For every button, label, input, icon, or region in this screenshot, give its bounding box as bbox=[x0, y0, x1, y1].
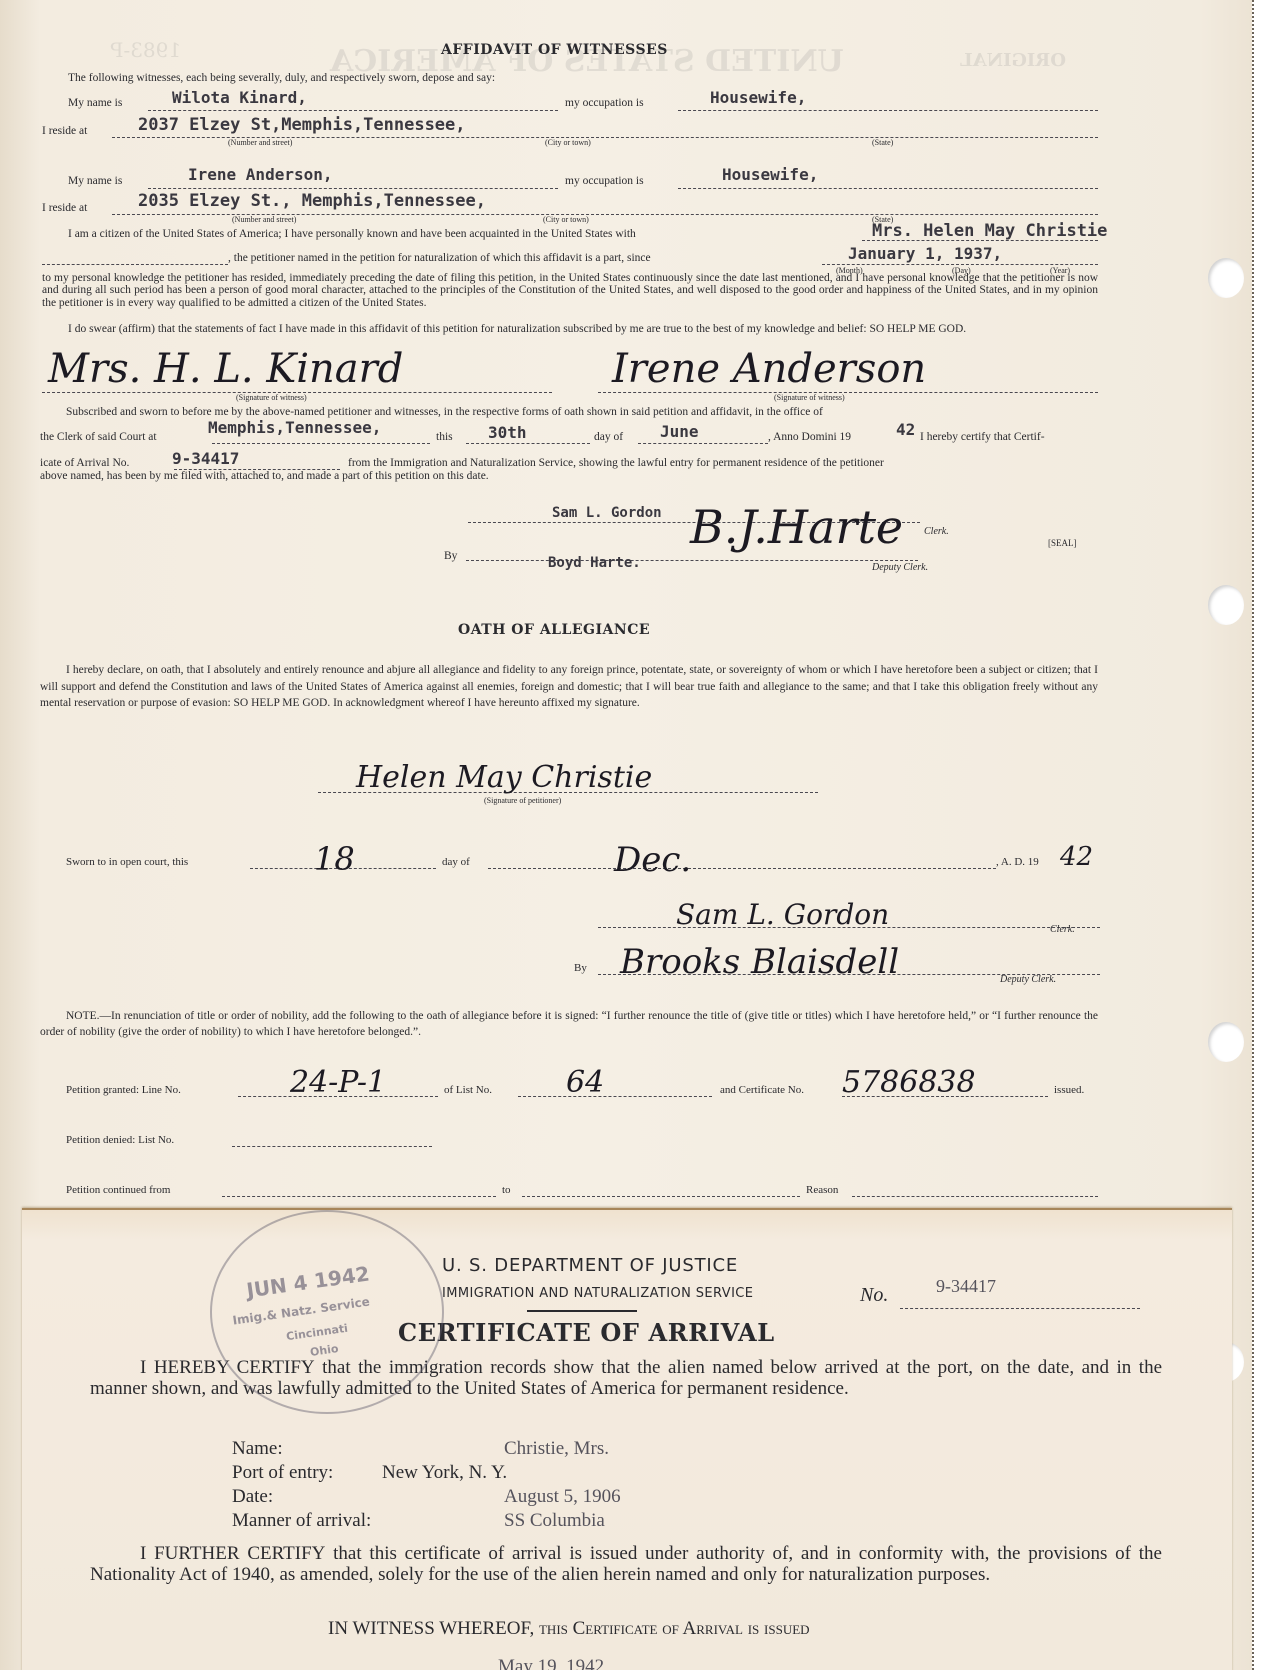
petitioner-line: , the petitioner named in the petition f… bbox=[228, 252, 651, 264]
sworn-month: June bbox=[660, 422, 699, 441]
deputy-clerk-caption: Deputy Clerk. bbox=[872, 562, 928, 573]
binder-hole bbox=[1208, 1022, 1244, 1062]
oath-title: OATH OF ALLEGIANCE bbox=[458, 622, 650, 638]
bleed-through-form-number: 1983-P bbox=[110, 38, 181, 62]
witness2-name-label: My name is bbox=[68, 175, 122, 187]
field-port-value: New York, N. Y. bbox=[382, 1462, 507, 1484]
subscribed-line: Subscribed and sworn to before me by the… bbox=[66, 406, 823, 418]
petitioner-name: Mrs. Helen May Christie bbox=[872, 221, 1107, 241]
caption-city: (City or town) bbox=[545, 138, 591, 147]
field-name-label: Name: bbox=[232, 1438, 283, 1460]
certificate-title: CERTIFICATE OF ARRIVAL bbox=[398, 1318, 775, 1347]
by-label: By bbox=[444, 550, 457, 562]
witness2-address: 2035 Elzey St., Memphis,Tennessee, bbox=[138, 191, 486, 211]
to-label: to bbox=[502, 1184, 511, 1196]
witness1-occupation-label: my occupation is bbox=[565, 97, 644, 109]
field-date-label: Date: bbox=[232, 1486, 273, 1508]
field-manner-value: SS Columbia bbox=[504, 1510, 605, 1532]
arrival-number: 9-34417 bbox=[172, 449, 239, 468]
sworn-day: 30th bbox=[488, 423, 527, 442]
petition-list-no: 64 bbox=[566, 1065, 604, 1100]
petition-granted-label: Petition granted: Line No. bbox=[66, 1084, 181, 1096]
caption-signature-witness: (Signature of witness) bbox=[774, 393, 845, 402]
binder-hole bbox=[1208, 258, 1244, 298]
witness1-occupation: Housewife, bbox=[710, 88, 806, 107]
acquainted-since-date: January 1, 1937, bbox=[848, 244, 1002, 263]
witness-whereof-line: IN WITNESS WHEREOF, this Certificate of … bbox=[328, 1618, 810, 1640]
witness2-occupation-label: my occupation is bbox=[565, 175, 644, 187]
oath-deputy-signature: Brooks Blaisdell bbox=[620, 942, 899, 982]
caption-signature-petitioner: (Signature of petitioner) bbox=[484, 796, 561, 805]
binder-hole bbox=[1208, 585, 1244, 625]
knowledge-paragraph: to my personal knowledge the petitioner … bbox=[42, 272, 1098, 309]
swear-paragraph: I do swear (affirm) that the statements … bbox=[42, 323, 1098, 335]
oath-paragraph: I hereby declare, on oath, that I absolu… bbox=[40, 662, 1098, 712]
oath-sworn-year: 42 bbox=[1060, 842, 1093, 872]
oath-sworn-day: 18 bbox=[314, 840, 355, 878]
caption-number-street: (Number and street) bbox=[232, 215, 296, 224]
sworn-open-court-label: Sworn to in open court, this bbox=[66, 856, 188, 868]
caption-signature-witness: (Signature of witness) bbox=[236, 393, 307, 402]
oath-by-label: By bbox=[574, 962, 587, 974]
arrival-statement: from the Immigration and Naturalization … bbox=[348, 457, 884, 469]
witness2-reside-label: I reside at bbox=[42, 202, 87, 214]
department-heading: U. S. DEPARTMENT OF JUSTICE bbox=[442, 1255, 738, 1276]
service-heading: IMMIGRATION AND NATURALIZATION SERVICE bbox=[442, 1286, 753, 1301]
postmark-stamp: JUN 4 1942 Imig.& Natz. Service Cincinna… bbox=[210, 1210, 444, 1414]
certificate-of-arrival-slip: U. S. DEPARTMENT OF JUSTICE IMMIGRATION … bbox=[22, 1208, 1232, 1670]
field-name-value: Christie, Mrs. bbox=[504, 1438, 609, 1460]
bleed-through-original: ORIGINAL bbox=[960, 50, 1066, 71]
affidavit-intro: The following witnesses, each being seve… bbox=[68, 72, 495, 84]
witness1-address: 2037 Elzey St,Memphis,Tennessee, bbox=[138, 115, 466, 135]
further-lead: I FURTHER CERTIFY bbox=[90, 1543, 325, 1564]
ad-label: , A. D. 19 bbox=[996, 856, 1039, 868]
oath-clerk-caption: Clerk. bbox=[1050, 924, 1075, 935]
issued-label: issued. bbox=[1054, 1084, 1084, 1096]
clerk-at-label: the Clerk of said Court at bbox=[40, 431, 157, 443]
witness2-signature: Irene Anderson bbox=[612, 346, 926, 392]
field-port-label: Port of entry: bbox=[232, 1462, 333, 1484]
certificate-no-label: and Certificate No. bbox=[720, 1084, 804, 1096]
deputy-clerk-signature: B.J.Harte bbox=[690, 500, 903, 554]
certificate-no-label: No. bbox=[860, 1284, 888, 1307]
anno-domini-label: , Anno Domini 19 bbox=[768, 431, 851, 443]
clerk-caption: Clerk. bbox=[924, 526, 949, 537]
deputy-clerk-name: Boyd Harte. bbox=[548, 555, 641, 571]
petitioner-signature: Helen May Christie bbox=[356, 760, 652, 795]
citizen-statement: I am a citizen of the United States of A… bbox=[68, 228, 636, 240]
day-of-label: day of bbox=[594, 431, 623, 443]
issued-date: May 19, 1942 bbox=[498, 1656, 604, 1670]
oath-sworn-month: Dec. bbox=[614, 840, 691, 880]
naturalization-document-page: 1983-P UNITED STATES OF AMERICA ORIGINAL… bbox=[0, 0, 1252, 1670]
certificate-no-value: 9-34417 bbox=[936, 1276, 996, 1297]
caption-number-street: (Number and street) bbox=[228, 138, 292, 147]
witness2-occupation: Housewife, bbox=[722, 165, 818, 184]
field-manner-label: Manner of arrival: bbox=[232, 1510, 371, 1532]
perforated-edge bbox=[1252, 0, 1268, 1670]
witness1-name-label: My name is bbox=[68, 97, 122, 109]
oath-deputy-caption: Deputy Clerk. bbox=[1000, 974, 1056, 985]
clerk-location: Memphis,Tennessee, bbox=[208, 418, 381, 437]
witness1-name: Wilota Kinard, bbox=[172, 88, 307, 107]
oath-day-of-label: day of bbox=[442, 856, 470, 868]
witness2-name: Irene Anderson, bbox=[188, 165, 333, 184]
this-label: this bbox=[436, 431, 453, 443]
affidavit-title: AFFIDAVIT OF WITNESSES bbox=[441, 42, 668, 58]
petition-line-no: 24-P-1 bbox=[290, 1065, 386, 1100]
stamp-state: Ohio bbox=[309, 1342, 339, 1359]
field-date-value: August 5, 1906 bbox=[504, 1486, 621, 1508]
reason-label: Reason bbox=[806, 1184, 838, 1196]
sworn-year: 42 bbox=[896, 420, 915, 439]
witness1-reside-label: I reside at bbox=[42, 125, 87, 137]
arrival-statement-line2: above named, has been by me filed with, … bbox=[40, 470, 489, 482]
witness1-signature: Mrs. H. L. Kinard bbox=[48, 346, 403, 392]
clerk-name: Sam L. Gordon bbox=[552, 505, 662, 521]
petition-continued-label: Petition continued from bbox=[66, 1184, 170, 1196]
further-certify-paragraph: I FURTHER CERTIFY that this certificate … bbox=[90, 1544, 1162, 1585]
arrival-no-label: icate of Arrival No. bbox=[40, 457, 129, 469]
seal-label: [SEAL] bbox=[1048, 538, 1077, 548]
oath-clerk-signature: Sam L. Gordon bbox=[676, 898, 889, 931]
caption-city: (City or town) bbox=[543, 215, 589, 224]
nobility-note: NOTE.—In renunciation of title or order … bbox=[40, 1009, 1098, 1040]
certify-label: I hereby certify that Certif- bbox=[920, 431, 1045, 443]
stamp-city: Cincinnati bbox=[285, 1322, 348, 1344]
heading-rule bbox=[527, 1310, 637, 1312]
list-no-label: of List No. bbox=[444, 1084, 492, 1096]
certificate-number: 5786838 bbox=[842, 1065, 976, 1100]
petition-denied-label: Petition denied: List No. bbox=[66, 1134, 174, 1146]
caption-state: (State) bbox=[872, 138, 893, 147]
